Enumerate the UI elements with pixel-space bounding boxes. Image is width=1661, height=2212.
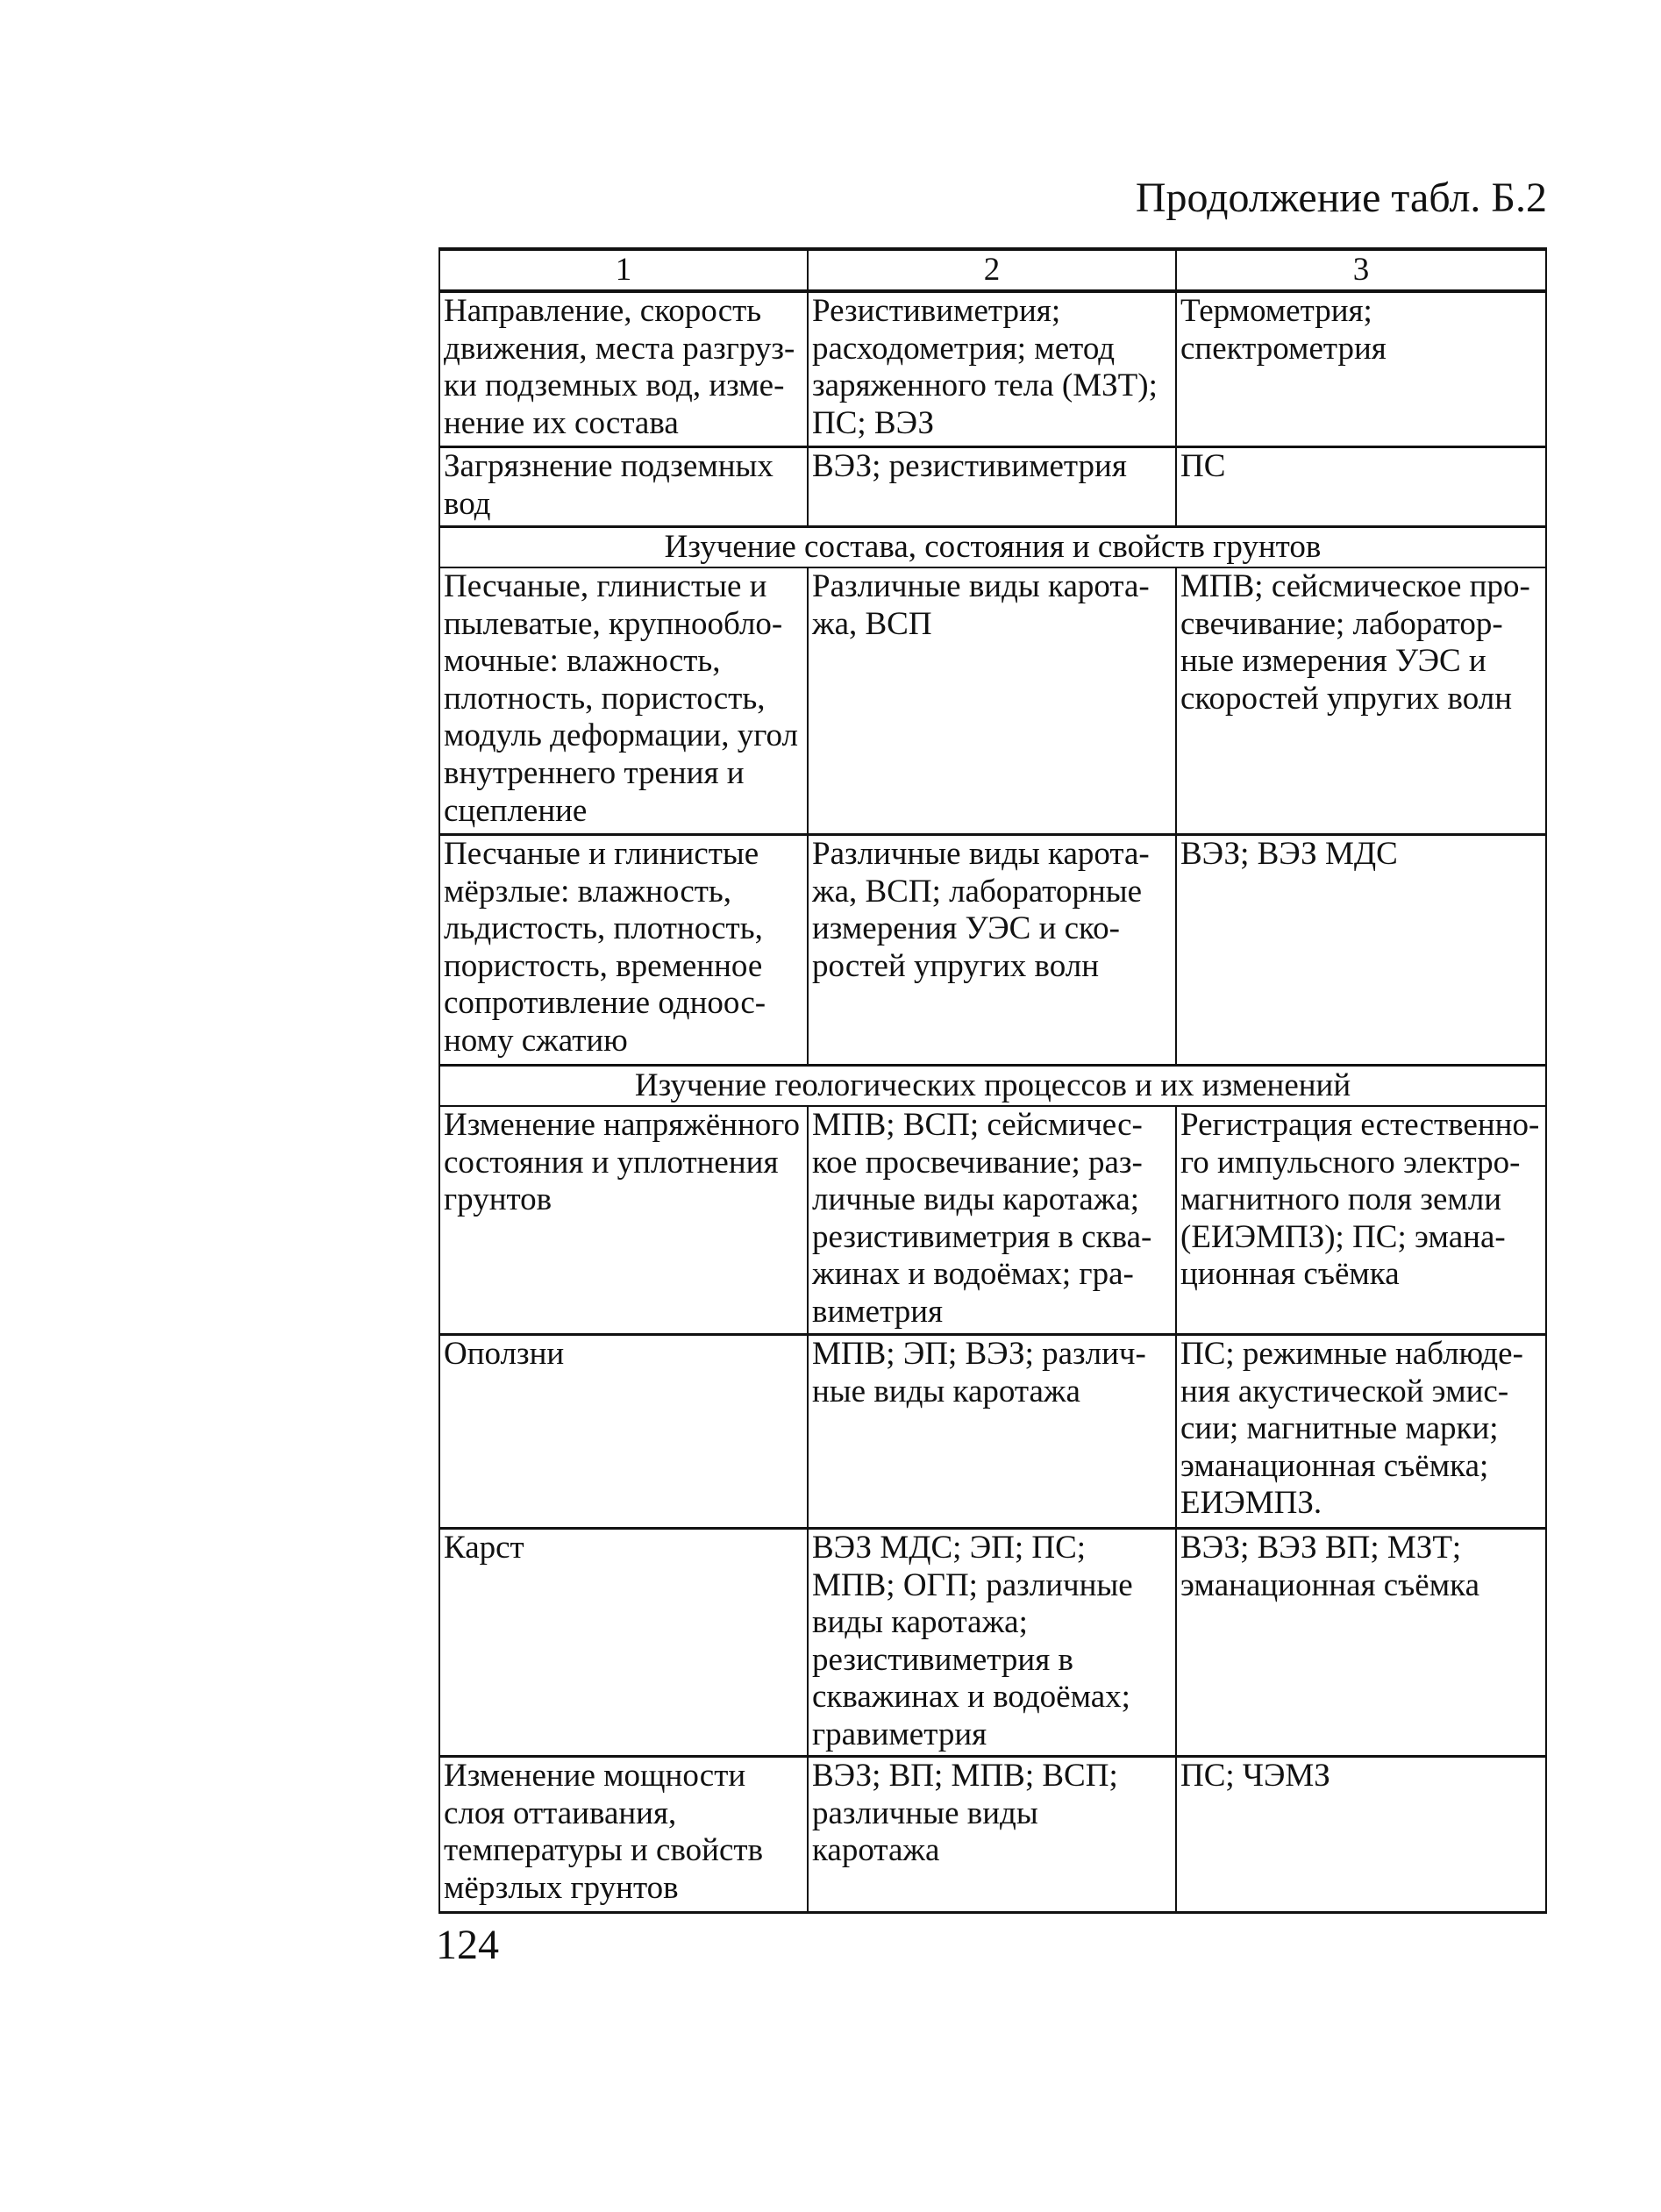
cell-text: Различные виды карота- жа, ВСП [812,568,1172,643]
table-cell-col3: ПС; ЧЭМЗ [1176,1757,1546,1913]
table-cell-col1: Загрязнение подземных вод [439,447,808,527]
section-heading: Изучение геологических процессов и их из… [439,1066,1546,1107]
table-cell-col2: Различные виды карота- жа, ВСП; лаборато… [808,835,1176,1066]
table-row: ОползниМПВ; ЭП; ВЭЗ; различ- ные виды ка… [439,1335,1546,1529]
table-cell-col1: Карст [439,1529,808,1757]
table-cell-col1: Песчаные, глинистые и пылеватые, крупноо… [439,567,808,835]
cell-text: ВЭЗ МДС; ЭП; ПС; МПВ; ОГП; различные вид… [812,1530,1172,1754]
table-cell-col3: МПВ; сейсмическое про- свечивание; лабор… [1176,567,1546,835]
cell-text: ВЭЗ; ВП; МПВ; ВСП; различные виды карота… [812,1758,1172,1870]
table-cell-col1: Направление, скорость движения, места ра… [439,291,808,447]
cell-text: Изменение напряжённого состояния и уплот… [444,1107,803,1219]
cell-text: МПВ; ЭП; ВЭЗ; различ- ные виды каротажа [812,1336,1172,1410]
table-cell-col2: МПВ; ВСП; сейсмичес- кое просвечивание; … [808,1106,1176,1335]
section-heading: Изучение состава, состояния и свойств гр… [439,527,1546,568]
cell-text: ВЭЗ; ВЭЗ ВП; МЗТ; эманационная съёмка [1180,1530,1542,1604]
table-cell-col2: ВЭЗ; резистивиметрия [808,447,1176,527]
cell-text: МПВ; ВСП; сейсмичес- кое просвечивание; … [812,1107,1172,1331]
column-header-2: 2 [808,249,1176,291]
table-cell-col2: ВЭЗ; ВП; МПВ; ВСП; различные виды карота… [808,1757,1176,1913]
cell-text: Оползни [444,1336,803,1374]
table-row: КарстВЭЗ МДС; ЭП; ПС; МПВ; ОГП; различны… [439,1529,1546,1757]
cell-text: Регистрация естественно- го импульсного … [1180,1107,1542,1294]
column-header-1: 1 [439,249,808,291]
cell-text: Различные виды карота- жа, ВСП; лаборато… [812,836,1172,985]
section-row: Изучение геологических процессов и их из… [439,1066,1546,1107]
table-cell-col3: Термометрия; спектрометрия [1176,291,1546,447]
cell-text: ВЭЗ; ВЭЗ МДС [1180,836,1542,874]
cell-text: Направление, скорость движения, места ра… [444,293,803,442]
methods-table: 1 2 3 Направление, скорость движения, ме… [438,247,1547,1914]
section-row: Изучение состава, состояния и свойств гр… [439,527,1546,568]
table-row: Изменение мощности слоя оттаивания, темп… [439,1757,1546,1913]
table-cell-col2: Различные виды карота- жа, ВСП [808,567,1176,835]
cell-text: ПС [1180,448,1542,486]
cell-text: ПС; ЧЭМЗ [1180,1758,1542,1795]
table-row: Песчаные и глинистые мёрзлые: влажность,… [439,835,1546,1066]
table-cell-col1: Оползни [439,1335,808,1529]
table-cell-col3: ПС [1176,447,1546,527]
cell-text: Загрязнение подземных вод [444,448,803,523]
table-cell-col3: ВЭЗ; ВЭЗ ВП; МЗТ; эманационная съёмка [1176,1529,1546,1757]
cell-text: ВЭЗ; резистивиметрия [812,448,1172,486]
table-header-row: 1 2 3 [439,249,1546,291]
table-cell-col3: Регистрация естественно- го импульсного … [1176,1106,1546,1335]
table-row: Направление, скорость движения, места ра… [439,291,1546,447]
table-cell-col2: Резистивиметрия; расходометрия; метод за… [808,291,1176,447]
cell-text: ПС; режимные наблюде- ния акустической э… [1180,1336,1542,1523]
cell-text: Песчаные и глинистые мёрзлые: влажность,… [444,836,803,1060]
cell-text: Карст [444,1530,803,1567]
table-row: Изменение напряжённого состояния и уплот… [439,1106,1546,1335]
table-cell-col1: Песчаные и глинистые мёрзлые: влажность,… [439,835,808,1066]
table-cell-col1: Изменение мощности слоя оттаивания, темп… [439,1757,808,1913]
cell-text: Резистивиметрия; расходометрия; метод за… [812,293,1172,442]
table-row: Загрязнение подземных водВЭЗ; резистивим… [439,447,1546,527]
table-cell-col3: ВЭЗ; ВЭЗ МДС [1176,835,1546,1066]
table-cell-col2: МПВ; ЭП; ВЭЗ; различ- ные виды каротажа [808,1335,1176,1529]
cell-text: Песчаные, глинистые и пылеватые, крупноо… [444,568,803,830]
cell-text: Термометрия; спектрометрия [1180,293,1542,367]
page-number: 124 [436,1921,499,1969]
table-continuation-title: Продолжение табл. Б.2 [1136,174,1547,222]
cell-text: МПВ; сейсмическое про- свечивание; лабор… [1180,568,1542,717]
column-header-3: 3 [1176,249,1546,291]
table-body: Направление, скорость движения, места ра… [439,291,1546,1913]
table-cell-col2: ВЭЗ МДС; ЭП; ПС; МПВ; ОГП; различные вид… [808,1529,1176,1757]
table-cell-col1: Изменение напряжённого состояния и уплот… [439,1106,808,1335]
table-row: Песчаные, глинистые и пылеватые, крупноо… [439,567,1546,835]
table-cell-col3: ПС; режимные наблюде- ния акустической э… [1176,1335,1546,1529]
cell-text: Изменение мощности слоя оттаивания, темп… [444,1758,803,1907]
